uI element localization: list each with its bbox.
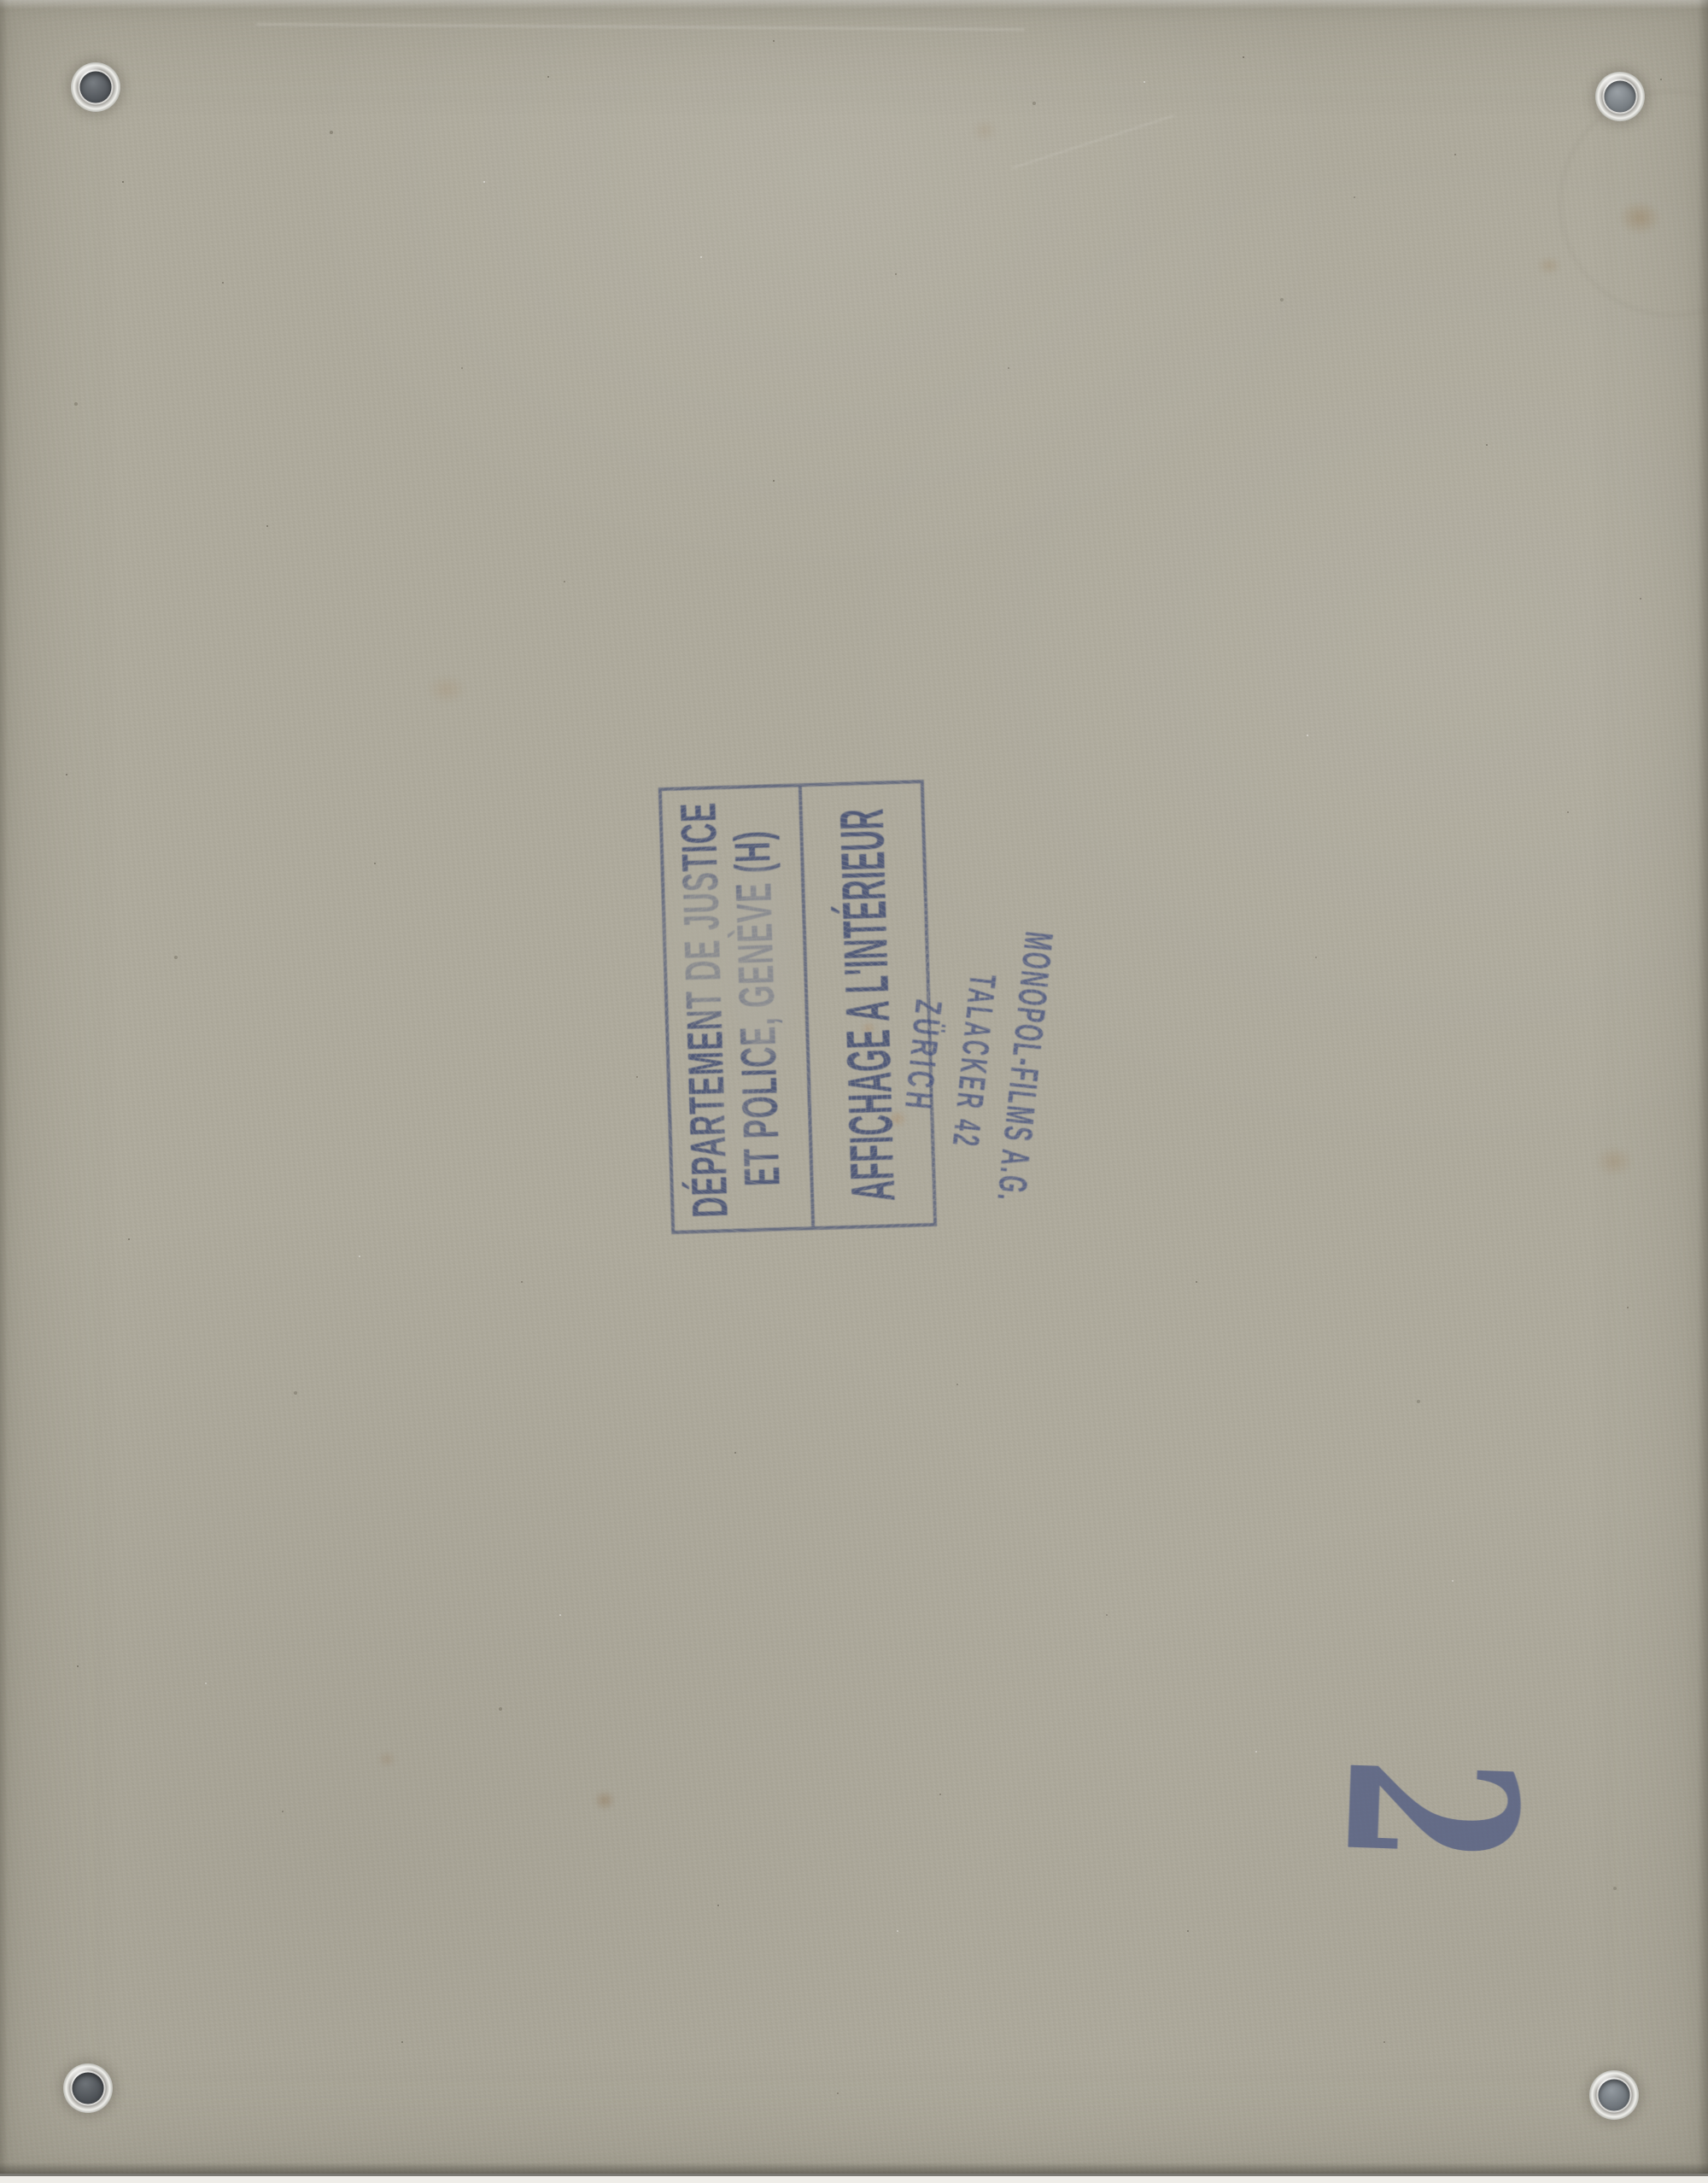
- crease-line: [256, 23, 1025, 31]
- collection-number-digit: 2: [1313, 1753, 1547, 1867]
- stain: [1595, 1146, 1633, 1177]
- scan-edge: [0, 2174, 1708, 2183]
- eyelet-top-left: [71, 62, 120, 112]
- eyelet-bottom-right: [1589, 2070, 1639, 2120]
- scratch-mark: [1012, 114, 1175, 169]
- stain: [377, 1751, 396, 1768]
- stain: [1537, 256, 1561, 275]
- stain: [594, 1790, 616, 1811]
- eyelet-top-right: [1595, 72, 1645, 121]
- stain: [972, 120, 997, 142]
- cardboard-background: DÉPARTEMENT DE JUSTICE ET POLICE, GENÈVE…: [0, 0, 1708, 2176]
- stain: [427, 675, 466, 704]
- collection-number: 2: [1426, 1806, 1435, 1815]
- eyelet-bottom-left: [63, 2063, 113, 2113]
- card-edge-right: [1698, 0, 1708, 2176]
- card-edge-left: [0, 0, 8, 2176]
- stain: [1618, 201, 1661, 235]
- scanned-card-back: { "board": { "base_color": "#afab9d", "e…: [0, 0, 1708, 2183]
